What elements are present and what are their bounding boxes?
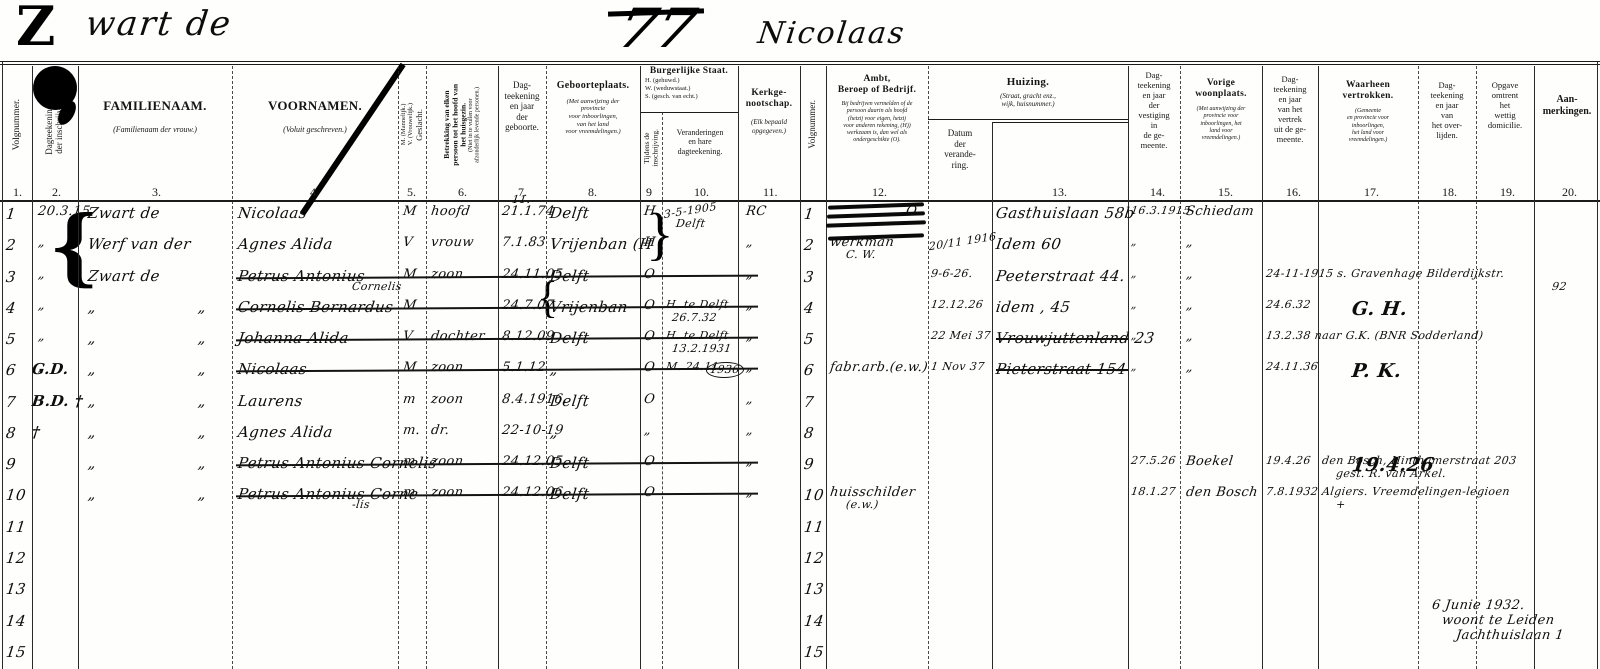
col-number: 3. (152, 185, 161, 200)
cell-vorig: „ (1185, 329, 1194, 344)
row-number: 12 (803, 549, 825, 567)
col-header-volgnummer-2: Volgnummer. (800, 66, 826, 183)
row-number: 9 (5, 455, 17, 473)
col-header-geslacht: M. (Mannelijk.) V. (Vrouwelijk.) Geslach… (398, 66, 426, 183)
cell-plaats: „ (549, 423, 559, 441)
cell-staat: H (643, 235, 657, 250)
cell-kerk: „ (745, 392, 754, 407)
row-number: 4 (803, 299, 815, 317)
cell-ges: V (402, 235, 414, 250)
col-header-geboorteplaats: Geboorteplaats. (Met aanwijzing der prov… (546, 66, 640, 183)
cell-ges: V (402, 329, 414, 344)
col-header-waarheen: Waarheen vertrokken. (Gemeente en provin… (1318, 66, 1418, 183)
cell-vorig: „ (1185, 235, 1194, 250)
cell-vest: „ (1130, 360, 1138, 373)
cell-voor: -lis (351, 498, 371, 511)
cell-geb: 7.1.83 (501, 235, 547, 250)
row-number: 14 (5, 612, 27, 630)
col-number: 6. (458, 185, 467, 200)
cell-margin: † (31, 423, 41, 441)
cell-margin: B.D. † (31, 392, 84, 410)
row-number: 13 (803, 580, 825, 598)
cell-verand: 26.7.32 (671, 311, 717, 324)
cell-huis: idem , 45 (995, 298, 1072, 316)
cell-waarheen: Algiers. Vreemdelingen-legioen (1321, 485, 1511, 498)
cell-dag: „ (37, 329, 46, 344)
cell-fam_b: „ (197, 298, 207, 316)
row-number: 5 (5, 330, 17, 348)
cell-verand: 1936 (705, 362, 745, 378)
column-rule (1318, 66, 1319, 669)
cell-beroep: (e.w.) (845, 498, 879, 511)
cell-staat: H (643, 204, 657, 219)
col-number: 12. (872, 185, 887, 200)
cell-vest: 16.3.1915 (1130, 204, 1191, 217)
row-number: 15 (803, 643, 825, 661)
col-number: 11. (763, 185, 778, 200)
surname-script: wart de (84, 4, 235, 44)
cell-fam_b: „ (197, 485, 207, 503)
column-rule (826, 66, 827, 669)
col-header-huizing: Huizing. (Straat, gracht enz., wijk, hui… (928, 66, 1128, 120)
column-rule (498, 66, 499, 669)
cell-vorig: „ (1185, 267, 1194, 282)
col-number: 18. (1442, 185, 1457, 200)
footnote-line-1: 6 Junie 1932. (1431, 598, 1526, 613)
row-number: 10 (803, 486, 825, 504)
cell-voor: Cornelis (351, 280, 402, 293)
cell-huis: Idem 60 (995, 235, 1063, 253)
cell-vorig: Boekel (1185, 454, 1234, 469)
column-rule (1180, 66, 1181, 669)
cell-fam: Werf van der (87, 235, 192, 253)
row-number: 3 (803, 268, 815, 286)
cell-voor: Petrus Antonius (237, 267, 366, 285)
cell-vest: „ (1130, 267, 1138, 280)
column-rule (1597, 62, 1598, 669)
col-header-vertrek: Dag- teekening en jaar van het vertrek u… (1262, 74, 1318, 144)
column-rule (398, 66, 399, 669)
cell-betr: dochter (430, 329, 486, 344)
cell-ges: m (402, 454, 417, 469)
column-rule (1262, 66, 1263, 669)
cell-dag: „ (37, 298, 46, 313)
col-header-kerkgenootschap: Kerkge- nootschap. (Elk bepaald opgegeve… (738, 66, 800, 183)
cell-fam_b: „ (197, 360, 207, 378)
row-number: 10 (5, 486, 27, 504)
cell-ges: M (402, 298, 418, 313)
cell-fam_b: „ (197, 454, 207, 472)
bs-divider (640, 112, 738, 113)
cell-betr: zoon (430, 392, 464, 407)
cell-betr: hoofd (430, 204, 471, 219)
cell-fam: „ (87, 329, 97, 347)
cell-datum: 12.12.26 (930, 298, 984, 311)
top-rule-2 (0, 64, 1600, 65)
cell-geb: 8.12.09 (501, 329, 555, 344)
col-header-geboortedatum: Dag- teekening en jaar der geboorte. (498, 80, 546, 133)
cell-vorig: den Bosch (1185, 485, 1259, 500)
cell-fam: „ (87, 298, 97, 316)
row-number: 9 (803, 455, 815, 473)
column-rule (232, 66, 233, 669)
row-number: 11 (5, 518, 27, 536)
col-number: 2. (52, 185, 61, 200)
row-number: 11 (803, 518, 825, 536)
col-number: 5. (407, 185, 416, 200)
top-rule (0, 61, 1600, 62)
cell-huis: Peeterstraat 44. (995, 267, 1126, 285)
row-number: 7 (803, 393, 815, 411)
row-number: 2 (803, 236, 815, 254)
cell-betr: zoon (430, 454, 464, 469)
cell-betr: zoon (430, 360, 464, 375)
row-number: 3 (5, 268, 17, 286)
cell-vorig: „ (1185, 298, 1194, 313)
row-number: 15 (5, 643, 27, 661)
row-number: 1 (5, 205, 17, 223)
row-number: 7 (5, 393, 17, 411)
cell-vorig: Schiedam (1185, 204, 1255, 219)
col-number: 17. (1364, 185, 1379, 200)
huizing-divider-1 (928, 119, 1128, 120)
column-rule (1534, 66, 1535, 669)
column-rule (546, 66, 547, 669)
row-number: 1 (803, 205, 815, 223)
cell-betr: zoon (430, 485, 464, 500)
cell-init: P. K. (1351, 360, 1403, 382)
cell-dag: „ (37, 267, 46, 282)
cell-fam: „ (87, 392, 97, 410)
surname-initial: Z (16, 0, 55, 58)
ink-scribble (826, 220, 926, 227)
column-rule (1476, 66, 1477, 669)
col-header-voornamen: VOORNAMEN. (Voluit geschreven.) (232, 66, 398, 183)
col-header-veranderingen: Veranderingen en hare dagteekening. (662, 128, 738, 156)
cell-kerk: „ (745, 423, 754, 438)
col-header-overlijden: Dag- teekening en jaar van het over- lij… (1418, 80, 1476, 140)
row-number: 8 (5, 424, 17, 442)
cell-kerk: RC (745, 204, 767, 219)
row-number: 2 (5, 236, 17, 254)
cell-vorig: „ (1185, 360, 1194, 375)
cell-datum: 1 Nov 37 (930, 360, 985, 373)
col-number: 14. (1150, 185, 1165, 200)
cell-fam: „ (87, 454, 97, 472)
cell-fam_b: „ (197, 329, 207, 347)
cell-betr: vrouw (430, 235, 475, 250)
cell-fam: „ (87, 360, 97, 378)
cell-voor: Agnes Alida (237, 423, 334, 441)
cell-fam: „ (87, 423, 97, 441)
cell-voor: Agnes Alida (237, 235, 334, 253)
huizing-divider-2 (992, 122, 1128, 123)
col-header-wettig-domicilie: Opgave omtrent het wettig domicilie. (1476, 80, 1534, 130)
cell-huis: Gasthuislaan 58b (995, 204, 1136, 222)
row-number: 6 (5, 361, 17, 379)
cell-staat: O (643, 392, 656, 407)
cell-geb: 24.7.07 (501, 298, 555, 313)
col-header-betrekking: Betrekking van elken persoon tot het hoo… (426, 66, 498, 183)
cell-vertrek: 24-11-1915 s. Gravenhage Bilderdijkstr. (1265, 267, 1505, 280)
cell-plaats: Delft (549, 204, 590, 222)
cell-vertrek: 13.2.38 naar G.K. (BNR Sodderland) (1265, 329, 1484, 342)
cell-verand: 13.2.1931 (671, 342, 732, 355)
cell-waarheen: + (1335, 498, 1346, 511)
cell-dag: 20.3.15 (37, 204, 91, 219)
column-rule (426, 66, 427, 669)
cell-vest: „ (1130, 235, 1138, 248)
cell-ges: M (402, 204, 418, 219)
column-rule (662, 112, 663, 669)
cell-geb: 11. (511, 193, 531, 206)
col-header-vestiging: Dag- teekening en jaar der vestiging in … (1128, 70, 1180, 150)
col-number: 1. (13, 185, 22, 200)
cell-vest: „ (1130, 298, 1138, 311)
cell-datum2: 20/11 1916 (929, 230, 997, 253)
cell-plaats: Delft (549, 392, 590, 410)
cell-ges: m. (402, 423, 421, 438)
column-rule (1418, 66, 1419, 669)
col-number: 4. (310, 185, 319, 200)
cell-ges: M (402, 267, 418, 282)
row-number: 5 (803, 330, 815, 348)
cell-fam: „ (87, 485, 97, 503)
cell-vertrek: 24.6.32 (1265, 298, 1311, 311)
cell-init: 19.4.26 (1351, 454, 1436, 476)
cell-vest: 18.1.27 (1130, 485, 1176, 498)
firstname-script: Nicolaas (756, 16, 908, 51)
cell-plaats: Vrijenban (H (549, 235, 654, 253)
row-number: 14 (803, 612, 825, 630)
cell-fam: Zwart de (87, 204, 161, 222)
col-number: 13. (1052, 185, 1067, 200)
row-number: 12 (5, 549, 27, 567)
cell-verand: H. te Delft (665, 298, 729, 311)
strikethrough-line (996, 338, 1128, 340)
row-number: 8 (803, 424, 815, 442)
col-number: 8. (588, 185, 597, 200)
cell-ges: m (402, 392, 417, 407)
column-rule (992, 122, 993, 669)
cell-betr: zoon (430, 267, 464, 282)
ink-scribble-77: 77 (612, 0, 703, 60)
column-rule (78, 66, 79, 669)
register-sheet: Z wart de 77 Nicolaas Volgnummer. Dagtee… (0, 0, 1600, 669)
row-number: 13 (5, 580, 27, 598)
cell-voor: Laurens (237, 392, 304, 410)
cell-verand: H. te Delft (665, 329, 729, 342)
col-header-vorige-woonplaats: Vorige woonplaats. (Met aanwijzing der p… (1180, 66, 1262, 183)
cell-datum: 22 Mei 37 (930, 329, 991, 342)
col-number: 9 (646, 185, 652, 200)
col-header-beroep: Ambt, Beroep of Bedrijf. Bij bedrijven v… (826, 66, 928, 183)
cell-kerk: „ (745, 235, 754, 250)
col-number: 16. (1286, 185, 1301, 200)
col-header-datum-verandering: Datum der verande- ring. (928, 128, 992, 170)
cell-betr: dr. (430, 423, 450, 438)
cell-staat: O (643, 267, 656, 282)
cell-geb: 21.1.74 (501, 204, 555, 219)
cell-vertrek: 24.11.36 (1265, 360, 1319, 373)
col-header-volgnummer: Volgnummer. (2, 66, 32, 183)
cell-staat: „ (643, 423, 652, 438)
col-number: 20. (1562, 185, 1577, 200)
cell-fam_b: „ (197, 423, 207, 441)
cell-init: G. H. (1351, 298, 1409, 320)
cell-vertrek: 7.8.1932 (1265, 485, 1319, 498)
column-rule (1128, 66, 1129, 669)
column-rule (2, 62, 3, 669)
cell-fam_b: „ (197, 392, 207, 410)
col-number: 10. (694, 185, 709, 200)
cell-vertrek: 92 (1551, 280, 1567, 293)
column-rule (928, 66, 929, 669)
row-number: 6 (803, 361, 815, 379)
col-number: 19. (1500, 185, 1515, 200)
col-header-aanmerkingen: Aan- merkingen. (1534, 94, 1600, 118)
cell-verandT: Delft (675, 217, 706, 230)
col-header-familienaam: FAMILIENAAM. (Familienaam der vrouw.) (78, 66, 232, 183)
col-number: 15. (1218, 185, 1233, 200)
cell-fam: Zwart de (87, 267, 161, 285)
cell-beroep: C. W. (845, 248, 877, 261)
col-header-tijdens-inschrijving: Tijdens de inschrijving. (640, 112, 662, 183)
cell-datum: 9-6-26. (930, 267, 973, 280)
cell-ges: M (402, 360, 418, 375)
col-header-burgerlijke-staat: Burgerlijke Staat. H. (gehuwd.) W. (wedu… (640, 66, 738, 112)
strikethrough-line (996, 369, 1128, 371)
cell-ges: m (402, 485, 417, 500)
cell-vertrek: 19.4.26 (1265, 454, 1311, 467)
cell-vest: 27.5.26 (1130, 454, 1176, 467)
row-number: 4 (5, 299, 17, 317)
footnote-line-2: woont te Leiden (1441, 613, 1555, 628)
footnote-line-3: Jachthuislaan 1 (1455, 628, 1565, 643)
cell-voor: Nicolaas (237, 204, 308, 222)
cell-dag: „ (37, 235, 46, 250)
column-rule (800, 66, 801, 669)
cell-beroep: fabr.arb.(e.w.) (829, 360, 929, 375)
